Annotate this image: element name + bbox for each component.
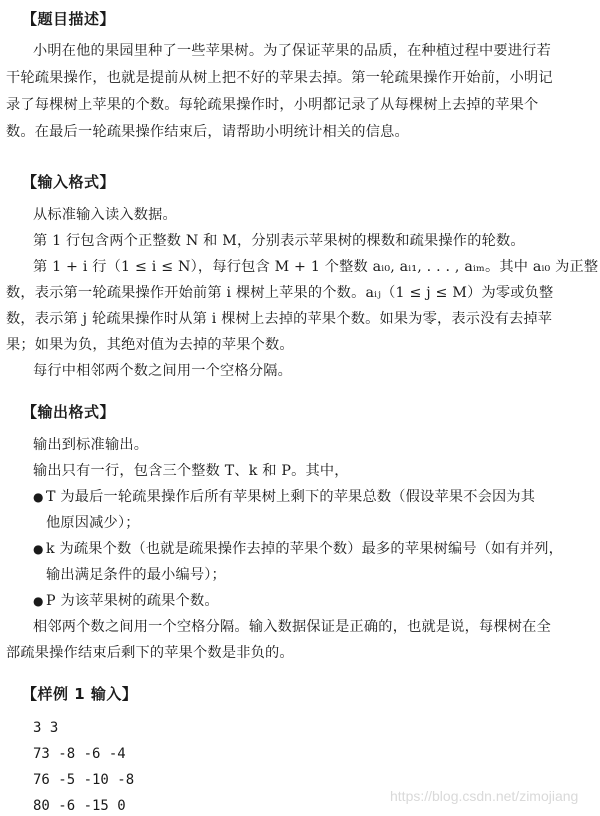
- section-title-sample-input: 【样例 1 输入】: [22, 683, 137, 704]
- description-line: 干轮疏果操作，也就是提前从树上把不好的苹果去掉。第一轮疏果操作开始前，小明记: [6, 67, 553, 87]
- input-format-line: 数，表示第 j 轮疏果操作时从第 i 棵树上去掉的苹果个数。如果为零，表示没有去…: [6, 308, 552, 328]
- input-format-line: 每行中相邻两个数之间用一个空格分隔。: [33, 360, 292, 380]
- section-title-output-format: 【输出格式】: [22, 401, 115, 422]
- sample-input-line: 3 3: [33, 720, 58, 736]
- output-format-line: 输出只有一行，包含三个整数 T、k 和 P。其中，: [33, 460, 349, 480]
- description-line: 小明在他的果园里种了一些苹果树。为了保证苹果的品质，在种植过程中要进行若: [33, 40, 551, 60]
- description-line: 数。在最后一轮疏果操作结束后，请帮助小明统计相关的信息。: [6, 121, 409, 141]
- sample-input-line: 76 -5 -10 -8: [33, 772, 134, 788]
- section-title-input-format: 【输入格式】: [22, 171, 115, 192]
- description-line: 录了每棵树上苹果的个数。每轮疏果操作时，小明都记录了从每棵树上去掉的苹果个: [6, 94, 538, 114]
- sample-input-line: 73 -8 -6 -4: [33, 746, 126, 762]
- bullet-item-t: ●T 为最后一轮疏果操作后所有苹果树上剩下的苹果总数（假设苹果不会因为其: [33, 486, 535, 506]
- bullet-icon: ●: [33, 594, 46, 608]
- bullet-text: T 为最后一轮疏果操作后所有苹果树上剩下的苹果总数（假设苹果不会因为其: [46, 489, 535, 505]
- bullet-item-k-cont: 输出满足条件的最小编号）；: [46, 564, 226, 584]
- bullet-text: P 为该苹果树的疏果个数。: [46, 593, 219, 609]
- bullet-item-t-cont: 他原因减少）；: [46, 512, 140, 532]
- output-format-tail-line: 部疏果操作结束后剩下的苹果个数是非负的。: [6, 642, 294, 662]
- watermark: https://blog.csdn.net/zimojiang: [390, 788, 578, 804]
- output-format-line: 输出到标准输出。: [33, 434, 148, 454]
- bullet-text: k 为疏果个数（也就是疏果操作去掉的苹果个数）最多的苹果树编号（如有并列，: [46, 541, 563, 557]
- input-format-line: 从标准输入读入数据。: [33, 204, 177, 224]
- input-format-line: 第 1 行包含两个正整数 N 和 M，分别表示苹果树的棵数和疏果操作的轮数。: [33, 230, 525, 250]
- sample-input-line: 80 -6 -15 0: [33, 798, 126, 814]
- output-format-tail-line: 相邻两个数之间用一个空格分隔。输入数据保证是正确的，也就是说，每棵树在全: [33, 616, 551, 636]
- bullet-icon: ●: [33, 490, 46, 504]
- input-format-line: 果；如果为负，其绝对值为去掉的苹果个数。: [6, 334, 294, 354]
- bullet-icon: ●: [33, 542, 46, 556]
- section-title-description: 【题目描述】: [22, 8, 115, 29]
- input-format-line: 第 1 + i 行（1 ≤ i ≤ N），每行包含 M + 1 个整数 aᵢ₀,…: [33, 256, 598, 276]
- bullet-item-p: ●P 为该苹果树的疏果个数。: [33, 590, 219, 610]
- bullet-item-k: ●k 为疏果个数（也就是疏果操作去掉的苹果个数）最多的苹果树编号（如有并列，: [33, 538, 563, 558]
- input-format-line: 数，表示第一轮疏果操作开始前第 i 棵树上苹果的个数。aᵢⱼ（1 ≤ j ≤ M…: [6, 282, 553, 302]
